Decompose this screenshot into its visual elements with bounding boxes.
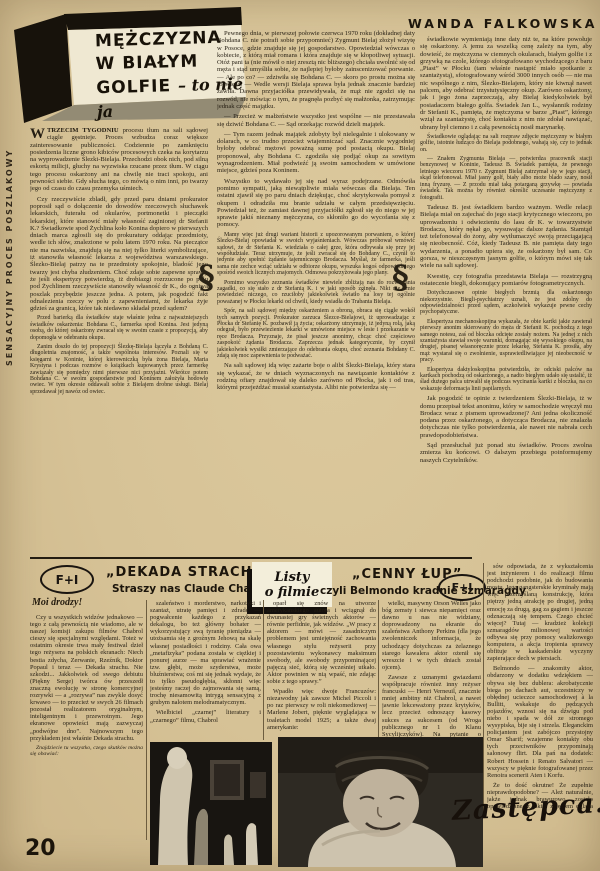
paragraph: wielki, masywny Orson Welles jako bóg ze… (382, 600, 481, 671)
film-subtitle-chabrol: Straszy nas Claude Chabrol (112, 583, 274, 595)
column-rule (146, 600, 147, 840)
article-column-2: Pewnego dnia, w pierwszej połowie czerwc… (217, 30, 415, 558)
paragraph: szaleństwo i morderstwo, narkotyki i sza… (150, 600, 261, 706)
letter-column-d: wielki, masywny Orson Welles jako bóg ze… (382, 600, 481, 737)
letter-salutation: Moi drodzy! (32, 597, 82, 608)
paragraph: Kwestię, czy fotografia przedstawia Biel… (420, 273, 592, 288)
paragraph: — Znałem Zygmunta Bielaja — potwierdza p… (420, 156, 592, 201)
paragraph: Pewnego dnia, w pierwszej połowie czerwc… (217, 30, 415, 110)
column-rule (378, 600, 379, 737)
section-label-vertical: SENSACYJNY PROCES POSZLAKOWY (5, 128, 14, 366)
letter-column-a: Czy u wszystkich widzów jednakowo — tego… (30, 614, 143, 838)
paragraph: Jak pogodzić te opinie z twierdzeniem Śl… (420, 395, 592, 439)
paragraph: Przed barierką dla świadków staje właśni… (30, 315, 208, 341)
section-mark-icon: § (392, 258, 409, 296)
headline-box: MĘŻCZYZNA W BIAŁYM GOLFIE – to nie ja (8, 4, 248, 126)
film-i-badge: F+I (40, 565, 94, 594)
paragraph: Ekspertyza mechanoskopijna wykazała, że … (420, 319, 592, 364)
page-number: 20 (25, 836, 56, 861)
lead-rest: procesu tłum na sali sądowej ciągle gęst… (30, 127, 208, 192)
paragraph: Mamy więc już drugi wariant historii z u… (217, 232, 415, 277)
headline-line3-main: GOLFIE (96, 76, 171, 98)
paragraph: Zanim doszło do tej propozycji Ślezkę-Bi… (30, 344, 208, 395)
listy-line1: Listy (275, 570, 310, 585)
paragraph: Świadkowie oglądając na sali rozpraw zdj… (420, 134, 592, 153)
lead-paragraph: WTRZECIM TYGODNIU procesu tłum na sali s… (30, 127, 208, 193)
paragraph: Czy rzeczywiście zbladł, gdy przed paru … (30, 196, 208, 313)
paragraph: Pomimo wszystko zeznania świadków niewie… (217, 280, 415, 306)
paragraph: Tadeusz B. jest świadkiem bardzo ważnym.… (420, 204, 592, 270)
paragraph: Czy u wszystkich widzów jednakowo — tego… (30, 614, 143, 742)
paragraph: Sąd przesłuchał już ponad stu świadków. … (420, 442, 592, 464)
paragraph: oparł się znów na utworze amerykańskiego… (267, 600, 376, 685)
paragraph: Belmondo — znakomity aktor, obdarzony w … (487, 665, 593, 779)
column-rule (483, 563, 484, 813)
paragraph: Wszystko to wydawało jej się nad wyraz p… (217, 178, 415, 229)
article-column-1: WTRZECIM TYGODNIU procesu tłum na sali s… (30, 127, 208, 558)
byline-author: WANDA FALKOWSKA (408, 16, 597, 31)
paragraph: Ekspertyza daktyloskopijna potwierdziła,… (420, 367, 592, 393)
letter-column-b: szaleństwo i morderstwo, narkotyki i sza… (150, 600, 261, 741)
paragraph: — Tym razem jednak majątek zdobyty był n… (217, 131, 415, 175)
paragraph: Spór, na sali sądowej między oskarżeniem… (217, 308, 415, 359)
paragraph: Wpadło więc dwoje Francuzów: niezawodny … (267, 688, 376, 731)
paragraph: sów odpowiada, że z wykształcenia jest i… (487, 563, 593, 662)
paragraph: — Przecież w małżeństwie wszystko jest w… (217, 113, 415, 128)
section-mark-icon: § (198, 258, 215, 296)
paragraph: Wielbiciel „czarnej” literatury i „czarn… (150, 709, 261, 723)
letter-signature: Zastępca. (451, 788, 600, 827)
film-still-statues (150, 742, 272, 865)
newspaper-page: SENSACYJNY PROCES POSZLAKOWY MĘŻCZYZNA W… (0, 0, 600, 871)
column-rule (263, 600, 264, 740)
section-divider-rule (30, 557, 472, 559)
paragraph: świadkowie wymieniają inne daty niż te, … (420, 36, 592, 131)
film-i-badge: F+I (438, 574, 486, 601)
listy-line2: o filmie (265, 585, 320, 600)
letter-column-c: oparł się znów na utworze amerykańskiego… (267, 600, 376, 740)
drop-cap: W (30, 128, 45, 140)
lead-bold: TRZECIM TYGODNIU (47, 127, 119, 134)
paragraph: Na sali sądowej idą więc zażarte boje o … (217, 362, 415, 391)
letter-column-e: sów odpowiada, że z wykształcenia jest i… (487, 563, 593, 811)
paragraph: Zawsze z uznanymi gwiazdami współpracuje… (382, 674, 481, 737)
paragraph: Znajdziecie tu wszystko, czego skutków m… (30, 745, 143, 758)
article-column-3: świadkowie wymieniają inne daty niż te, … (420, 36, 592, 558)
paragraph: Dotychczasowe opinie biegłych brzmią dla… (420, 290, 592, 316)
film-title-dekada-strachu: „DEKADA STRACHU” (106, 565, 274, 580)
